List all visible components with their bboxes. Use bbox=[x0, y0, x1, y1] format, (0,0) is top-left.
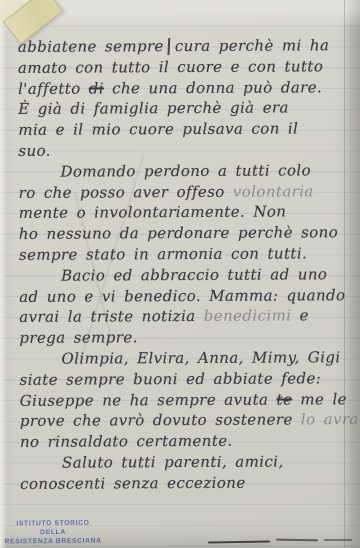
archive-stamp: Istituto Storico della Resistenza Bresci… bbox=[0, 518, 122, 546]
text-segment: lo avran- bbox=[301, 410, 360, 428]
text-segment: me le bbox=[292, 390, 347, 408]
letter-line: siate sempre buoni ed abbiate fede: bbox=[20, 368, 352, 391]
text-segment: Bacio ed abbraccio tutti ad uno bbox=[61, 265, 327, 284]
text-segment: Saluto tutti parenti, amici, bbox=[62, 452, 284, 471]
text-segment: siate sempre buoni ed abbiate fede: bbox=[20, 369, 322, 389]
letter-line: Domando perdono a tutti colo bbox=[18, 160, 350, 183]
letter-line: sempre stato in armonia con tutti. bbox=[19, 243, 351, 266]
text-segment: Giuseppe ne ha sempre avuta bbox=[20, 390, 277, 409]
text-segment: avrai la triste notizia bbox=[19, 307, 204, 326]
letter-line: prove che avrò dovuto sostenere lo avran… bbox=[20, 409, 352, 432]
text-segment: no rinsaldato certamente. bbox=[20, 432, 233, 451]
text-segment: Domando perdono a tutti colo bbox=[60, 161, 311, 180]
text-segment: mia e il mio cuore pulsava con il bbox=[18, 120, 298, 139]
text-segment: benedicimi bbox=[204, 307, 292, 325]
letter-line: ro che posso aver offeso volontaria bbox=[19, 181, 351, 204]
pencil-smear bbox=[208, 540, 270, 543]
letter-line: Saluto tutti parenti, amici, bbox=[20, 451, 352, 474]
text-segment: volontaria bbox=[233, 182, 314, 200]
letter-line: no rinsaldato certamente. bbox=[20, 430, 352, 453]
text-segment: ro che posso aver offeso bbox=[19, 182, 233, 201]
pencil-smear bbox=[324, 539, 352, 541]
text-segment: prega sempre. bbox=[19, 328, 137, 347]
letter-line: È già di famiglia perchè già era bbox=[18, 98, 350, 121]
text-segment: te bbox=[276, 390, 292, 408]
text-segment: e bbox=[291, 307, 309, 325]
letter-line: avrai la triste notizia benedicimi e bbox=[19, 305, 351, 328]
letter-line: l'affetto di che una donna può dare. bbox=[18, 77, 350, 100]
text-segment: È già di famiglia perchè già era bbox=[18, 99, 289, 118]
text-segment: abbiatene sempre bbox=[18, 37, 164, 56]
text-segment: ad uno e vi benedico. Mamma: quando bbox=[19, 286, 345, 306]
text-segment: di bbox=[89, 79, 104, 97]
letter-line: conoscenti senza eccezione bbox=[20, 472, 352, 495]
letter-body: abbiatene semprecura perchè mi haamato c… bbox=[18, 35, 352, 494]
pencil-smear bbox=[276, 539, 318, 542]
letter-line: prega sempre. bbox=[19, 326, 351, 349]
letter-line: Bacio ed abbraccio tutti ad uno bbox=[19, 264, 351, 287]
text-segment: mente o involontariamente. Non bbox=[19, 203, 287, 222]
letter-line: suo. bbox=[18, 139, 350, 162]
text-segment: ho nessuno da perdonare perchè sono bbox=[19, 223, 338, 243]
photo-left-edge bbox=[0, 0, 7, 548]
text-segment: che una donna può dare. bbox=[104, 78, 322, 97]
letter-line: mia e il mio cuore pulsava con il bbox=[18, 118, 350, 141]
letter-line: amato con tutto il cuore e con tutto bbox=[18, 56, 350, 79]
letter-line: ad uno e vi benedico. Mamma: quando bbox=[19, 285, 351, 308]
text-segment: cura perchè mi ha bbox=[175, 36, 330, 55]
letter-line: Olimpia, Elvira, Anna, Mimy, Gigi bbox=[19, 347, 351, 370]
pen-stroke bbox=[167, 38, 170, 55]
text-segment: suo. bbox=[18, 142, 51, 160]
stamp-line-3: Resistenza Bresciana bbox=[0, 536, 122, 546]
text-segment: l'affetto bbox=[18, 79, 89, 97]
letter-line: ho nessuno da perdonare perchè sono bbox=[19, 222, 351, 245]
letter-photograph: abbiatene semprecura perchè mi haamato c… bbox=[0, 0, 360, 548]
text-segment: Olimpia, Elvira, Anna, Mimy, Gigi bbox=[61, 348, 340, 367]
text-segment: prove che avrò dovuto sostenere bbox=[20, 411, 301, 430]
text-segment: amato con tutto il cuore e con tutto bbox=[18, 57, 323, 77]
text-segment: conoscenti senza eccezione bbox=[20, 473, 246, 492]
text-segment: sempre stato in armonia con tutti. bbox=[19, 244, 307, 264]
letter-line: Giuseppe ne ha sempre avuta te me le bbox=[20, 389, 352, 412]
letter-line: mente o involontariamente. Non bbox=[19, 202, 351, 225]
letter-line: abbiatene semprecura perchè mi ha bbox=[18, 35, 350, 58]
